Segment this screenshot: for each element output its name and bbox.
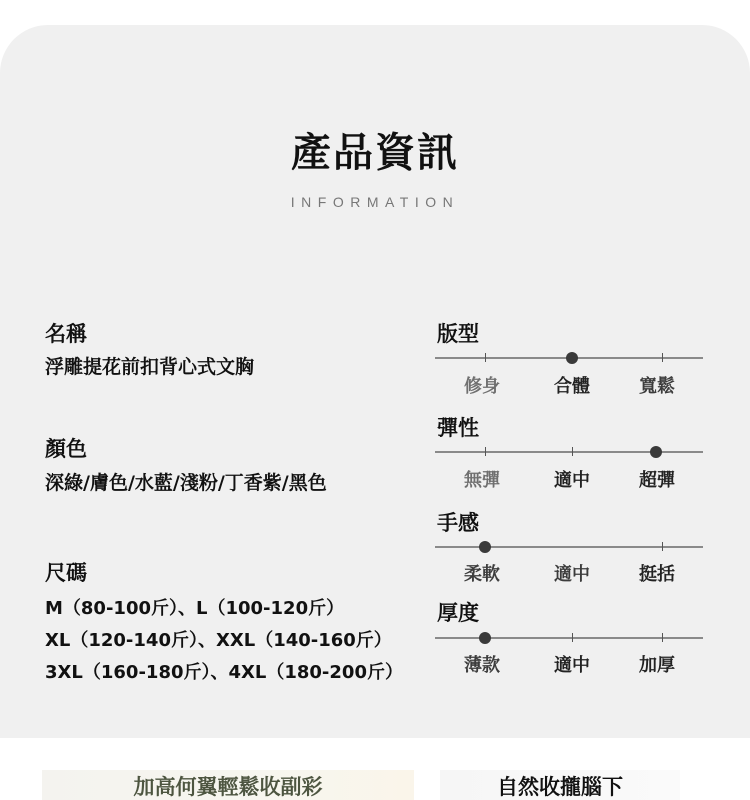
tick bbox=[662, 542, 663, 551]
fit-scale-indicator bbox=[566, 352, 578, 364]
size-label: 尺碼 bbox=[45, 557, 87, 587]
feature-banner-right: 自然收攏腦下 bbox=[440, 770, 680, 800]
thickness-scale-track bbox=[435, 637, 703, 639]
thickness-option-thick: 加厚 bbox=[617, 651, 697, 677]
fit-scale-title: 版型 bbox=[437, 318, 479, 348]
name-value: 浮雕提花前扣背心式文胸 bbox=[45, 352, 254, 379]
elasticity-scale-indicator bbox=[650, 446, 662, 458]
page-subtitle: INFORMATION bbox=[0, 194, 740, 210]
feel-option-medium: 適中 bbox=[532, 560, 612, 586]
tick bbox=[572, 633, 573, 642]
tick bbox=[662, 353, 663, 362]
size-line: XL（120-140斤）、XXL（140-160斤） bbox=[45, 626, 392, 652]
tick bbox=[662, 633, 663, 642]
elasticity-option-super: 超彈 bbox=[617, 466, 697, 492]
thickness-scale-title: 厚度 bbox=[437, 597, 479, 627]
elasticity-scale-title: 彈性 bbox=[437, 412, 479, 442]
feel-option-soft: 柔軟 bbox=[442, 560, 522, 586]
elasticity-option-none: 無彈 bbox=[442, 466, 522, 492]
feel-scale-indicator bbox=[479, 541, 491, 553]
thickness-scale-indicator bbox=[479, 632, 491, 644]
feel-scale-track bbox=[435, 546, 703, 548]
feel-option-firm: 挺括 bbox=[617, 560, 697, 586]
elasticity-scale-track bbox=[435, 451, 703, 453]
elasticity-option-medium: 適中 bbox=[532, 466, 612, 492]
color-label: 顏色 bbox=[45, 433, 87, 463]
fit-option-loose: 寬鬆 bbox=[617, 372, 697, 398]
feel-scale-title: 手感 bbox=[437, 507, 479, 537]
size-line: 3XL（160-180斤）、4XL（180-200斤） bbox=[45, 658, 403, 684]
feature-banner-left: 加高何翼輕鬆收副彩 bbox=[42, 770, 414, 800]
product-info-page: 產品資訊 INFORMATION 名稱 浮雕提花前扣背心式文胸 顏色 深綠/膚色… bbox=[0, 0, 750, 800]
tick bbox=[485, 353, 486, 362]
name-label: 名稱 bbox=[45, 318, 87, 348]
tick bbox=[572, 447, 573, 456]
thickness-option-thin: 薄款 bbox=[442, 651, 522, 677]
thickness-option-medium: 適中 bbox=[532, 651, 612, 677]
page-title: 產品資訊 bbox=[0, 121, 750, 178]
tick bbox=[485, 447, 486, 456]
fit-option-slim: 修身 bbox=[442, 372, 522, 398]
color-value: 深綠/膚色/水藍/淺粉/丁香紫/黑色 bbox=[45, 468, 327, 495]
size-line: M（80-100斤）、L（100-120斤） bbox=[45, 594, 344, 620]
fit-scale-track bbox=[435, 357, 703, 359]
fit-option-regular: 合體 bbox=[532, 372, 612, 398]
